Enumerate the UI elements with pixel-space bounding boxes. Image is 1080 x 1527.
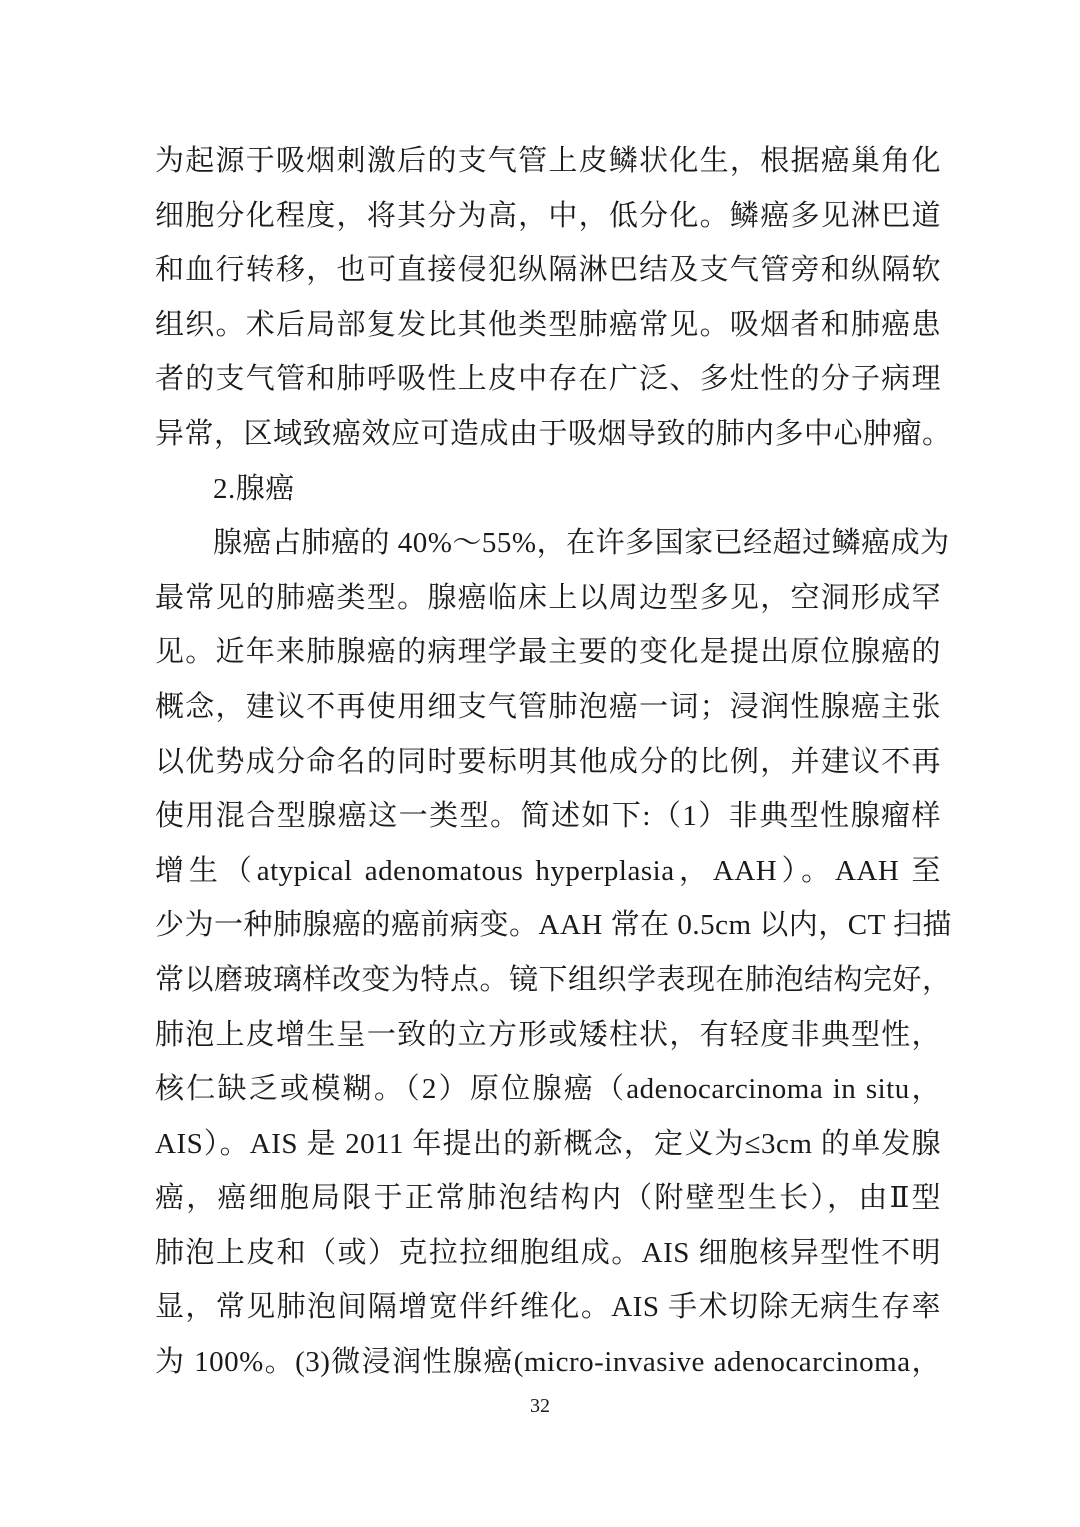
text-line: 显，常见肺泡间隔增宽伴纤维化。AIS 手术切除无病生存率 [155, 1280, 941, 1335]
page-text-block: 为起源于吸烟刺激后的支气管上皮鳞状化生，根据癌巢角化 细胞分化程度，将其分为高，… [155, 134, 941, 1390]
text-line: 为 100%。(3)微浸润性腺癌(micro-invasive adenocar… [155, 1335, 941, 1390]
text-line: 肺泡上皮和（或）克拉拉细胞组成。AIS 细胞核异型性不明 [155, 1226, 941, 1281]
text-line: 异常，区域致癌效应可造成由于吸烟导致的肺内多中心肿瘤。 [155, 407, 941, 462]
text-line: 见。近年来肺腺癌的病理学最主要的变化是提出原位腺癌的 [155, 625, 941, 680]
text-line: 使用混合型腺癌这一类型。简述如下:（1）非典型性腺瘤样 [155, 789, 941, 844]
text-line: 核仁缺乏或模糊。（2）原位腺癌（adenocarcinoma in situ， [155, 1062, 941, 1117]
text-line: 常以磨玻璃样改变为特点。镜下组织学表现在肺泡结构完好， [155, 953, 941, 1008]
text-line: 为起源于吸烟刺激后的支气管上皮鳞状化生，根据癌巢角化 [155, 134, 941, 189]
text-line: 以优势成分命名的同时要标明其他成分的比例，并建议不再 [155, 735, 941, 790]
text-line: 增生（atypical adenomatous hyperplasia，AAH）… [155, 844, 941, 899]
document-page: 为起源于吸烟刺激后的支气管上皮鳞状化生，根据癌巢角化 细胞分化程度，将其分为高，… [0, 0, 1080, 1527]
text-line: 者的支气管和肺呼吸性上皮中存在广泛、多灶性的分子病理 [155, 352, 941, 407]
page-number: 32 [0, 1392, 1080, 1420]
text-line: AIS）。AIS 是 2011 年提出的新概念，定义为≤3cm 的单发腺 [155, 1117, 941, 1172]
section-heading-adenocarcinoma: 2.腺癌 [155, 462, 941, 517]
text-line: 腺癌占肺癌的 40%～55%，在许多国家已经超过鳞癌成为 [155, 516, 941, 571]
text-line: 和血行转移，也可直接侵犯纵隔淋巴结及支气管旁和纵隔软 [155, 243, 941, 298]
text-line: 细胞分化程度，将其分为高，中，低分化。鳞癌多见淋巴道 [155, 189, 941, 244]
text-line: 概念，建议不再使用细支气管肺泡癌一词；浸润性腺癌主张 [155, 680, 941, 735]
text-line: 组织。术后局部复发比其他类型肺癌常见。吸烟者和肺癌患 [155, 298, 941, 353]
text-line: 肺泡上皮增生呈一致的立方形或矮柱状，有轻度非典型性， [155, 1008, 941, 1063]
text-line: 少为一种肺腺癌的癌前病变。AAH 常在 0.5cm 以内，CT 扫描 [155, 898, 941, 953]
text-line: 癌，癌细胞局限于正常肺泡结构内（附壁型生长），由Ⅱ型 [155, 1171, 941, 1226]
text-line: 最常见的肺癌类型。腺癌临床上以周边型多见，空洞形成罕 [155, 571, 941, 626]
